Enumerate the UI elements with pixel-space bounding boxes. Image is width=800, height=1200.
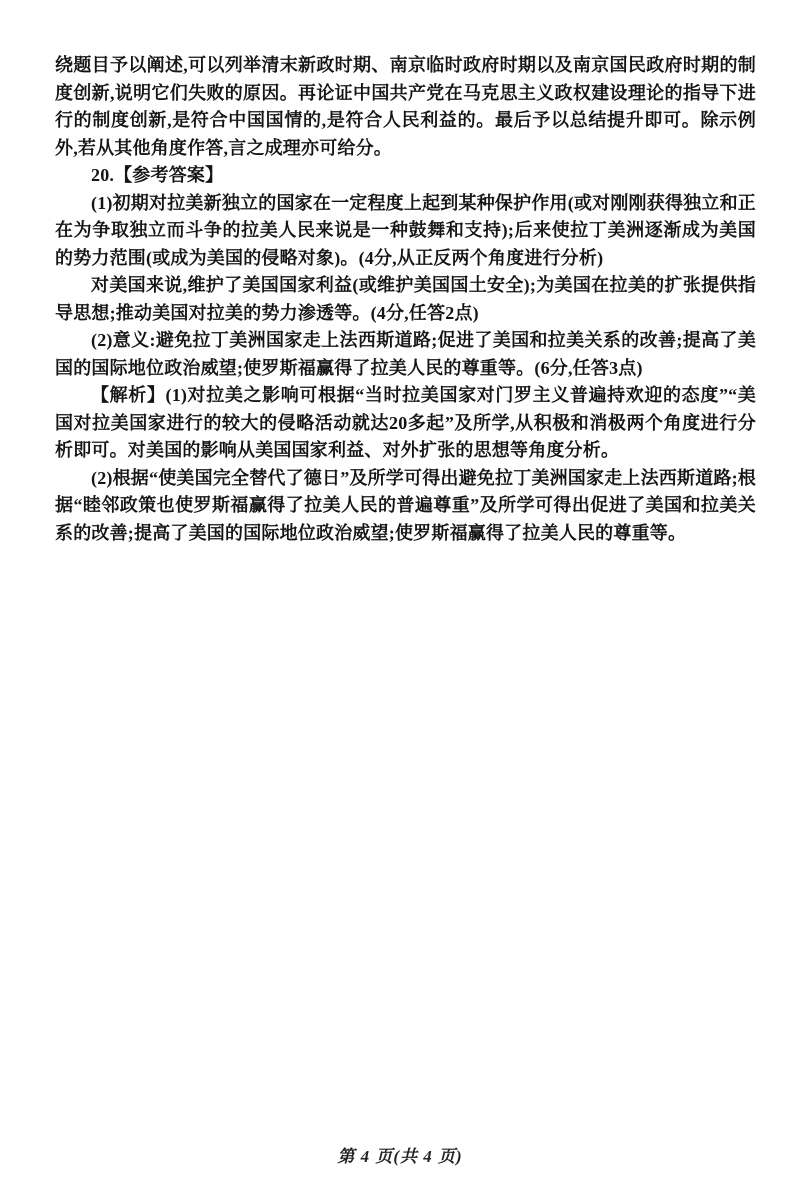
answer-key-body: 绕题目予以阐述,可以列举清末新政时期、南京临时政府时期以及南京国民政府时期的制度…: [55, 52, 756, 547]
heading-question20-reference-answer: 20.【参考答案】: [55, 162, 756, 190]
paragraph-q20-answer-part2: (2)意义:避免拉丁美洲国家走上法西斯道路;促进了美国和拉美关系的改善;提高了美…: [55, 327, 756, 382]
paragraph-q20-analysis-part2: (2)根据“使美国完全替代了德日”及所学可得出避免拉丁美洲国家走上法西斯道路;根…: [55, 465, 756, 548]
page-number: 第 4 页(共 4 页): [0, 1142, 800, 1167]
paragraph-question19-continuation: 绕题目予以阐述,可以列举清末新政时期、南京临时政府时期以及南京国民政府时期的制度…: [55, 52, 756, 162]
paragraph-q20-answer-part1-usa: 对美国来说,维护了美国国家利益(或维护美国国土安全);为美国在拉美的扩张提供指导…: [55, 272, 756, 327]
document-page: 绕题目予以阐述,可以列举清末新政时期、南京临时政府时期以及南京国民政府时期的制度…: [0, 0, 800, 1200]
paragraph-q20-analysis-part1: 【解析】(1)对拉美之影响可根据“当时拉美国家对门罗主义普遍持欢迎的态度”“美国…: [55, 382, 756, 465]
paragraph-q20-answer-part1: (1)初期对拉美新独立的国家在一定程度上起到某种保护作用(或对刚刚获得独立和正在…: [55, 190, 756, 273]
